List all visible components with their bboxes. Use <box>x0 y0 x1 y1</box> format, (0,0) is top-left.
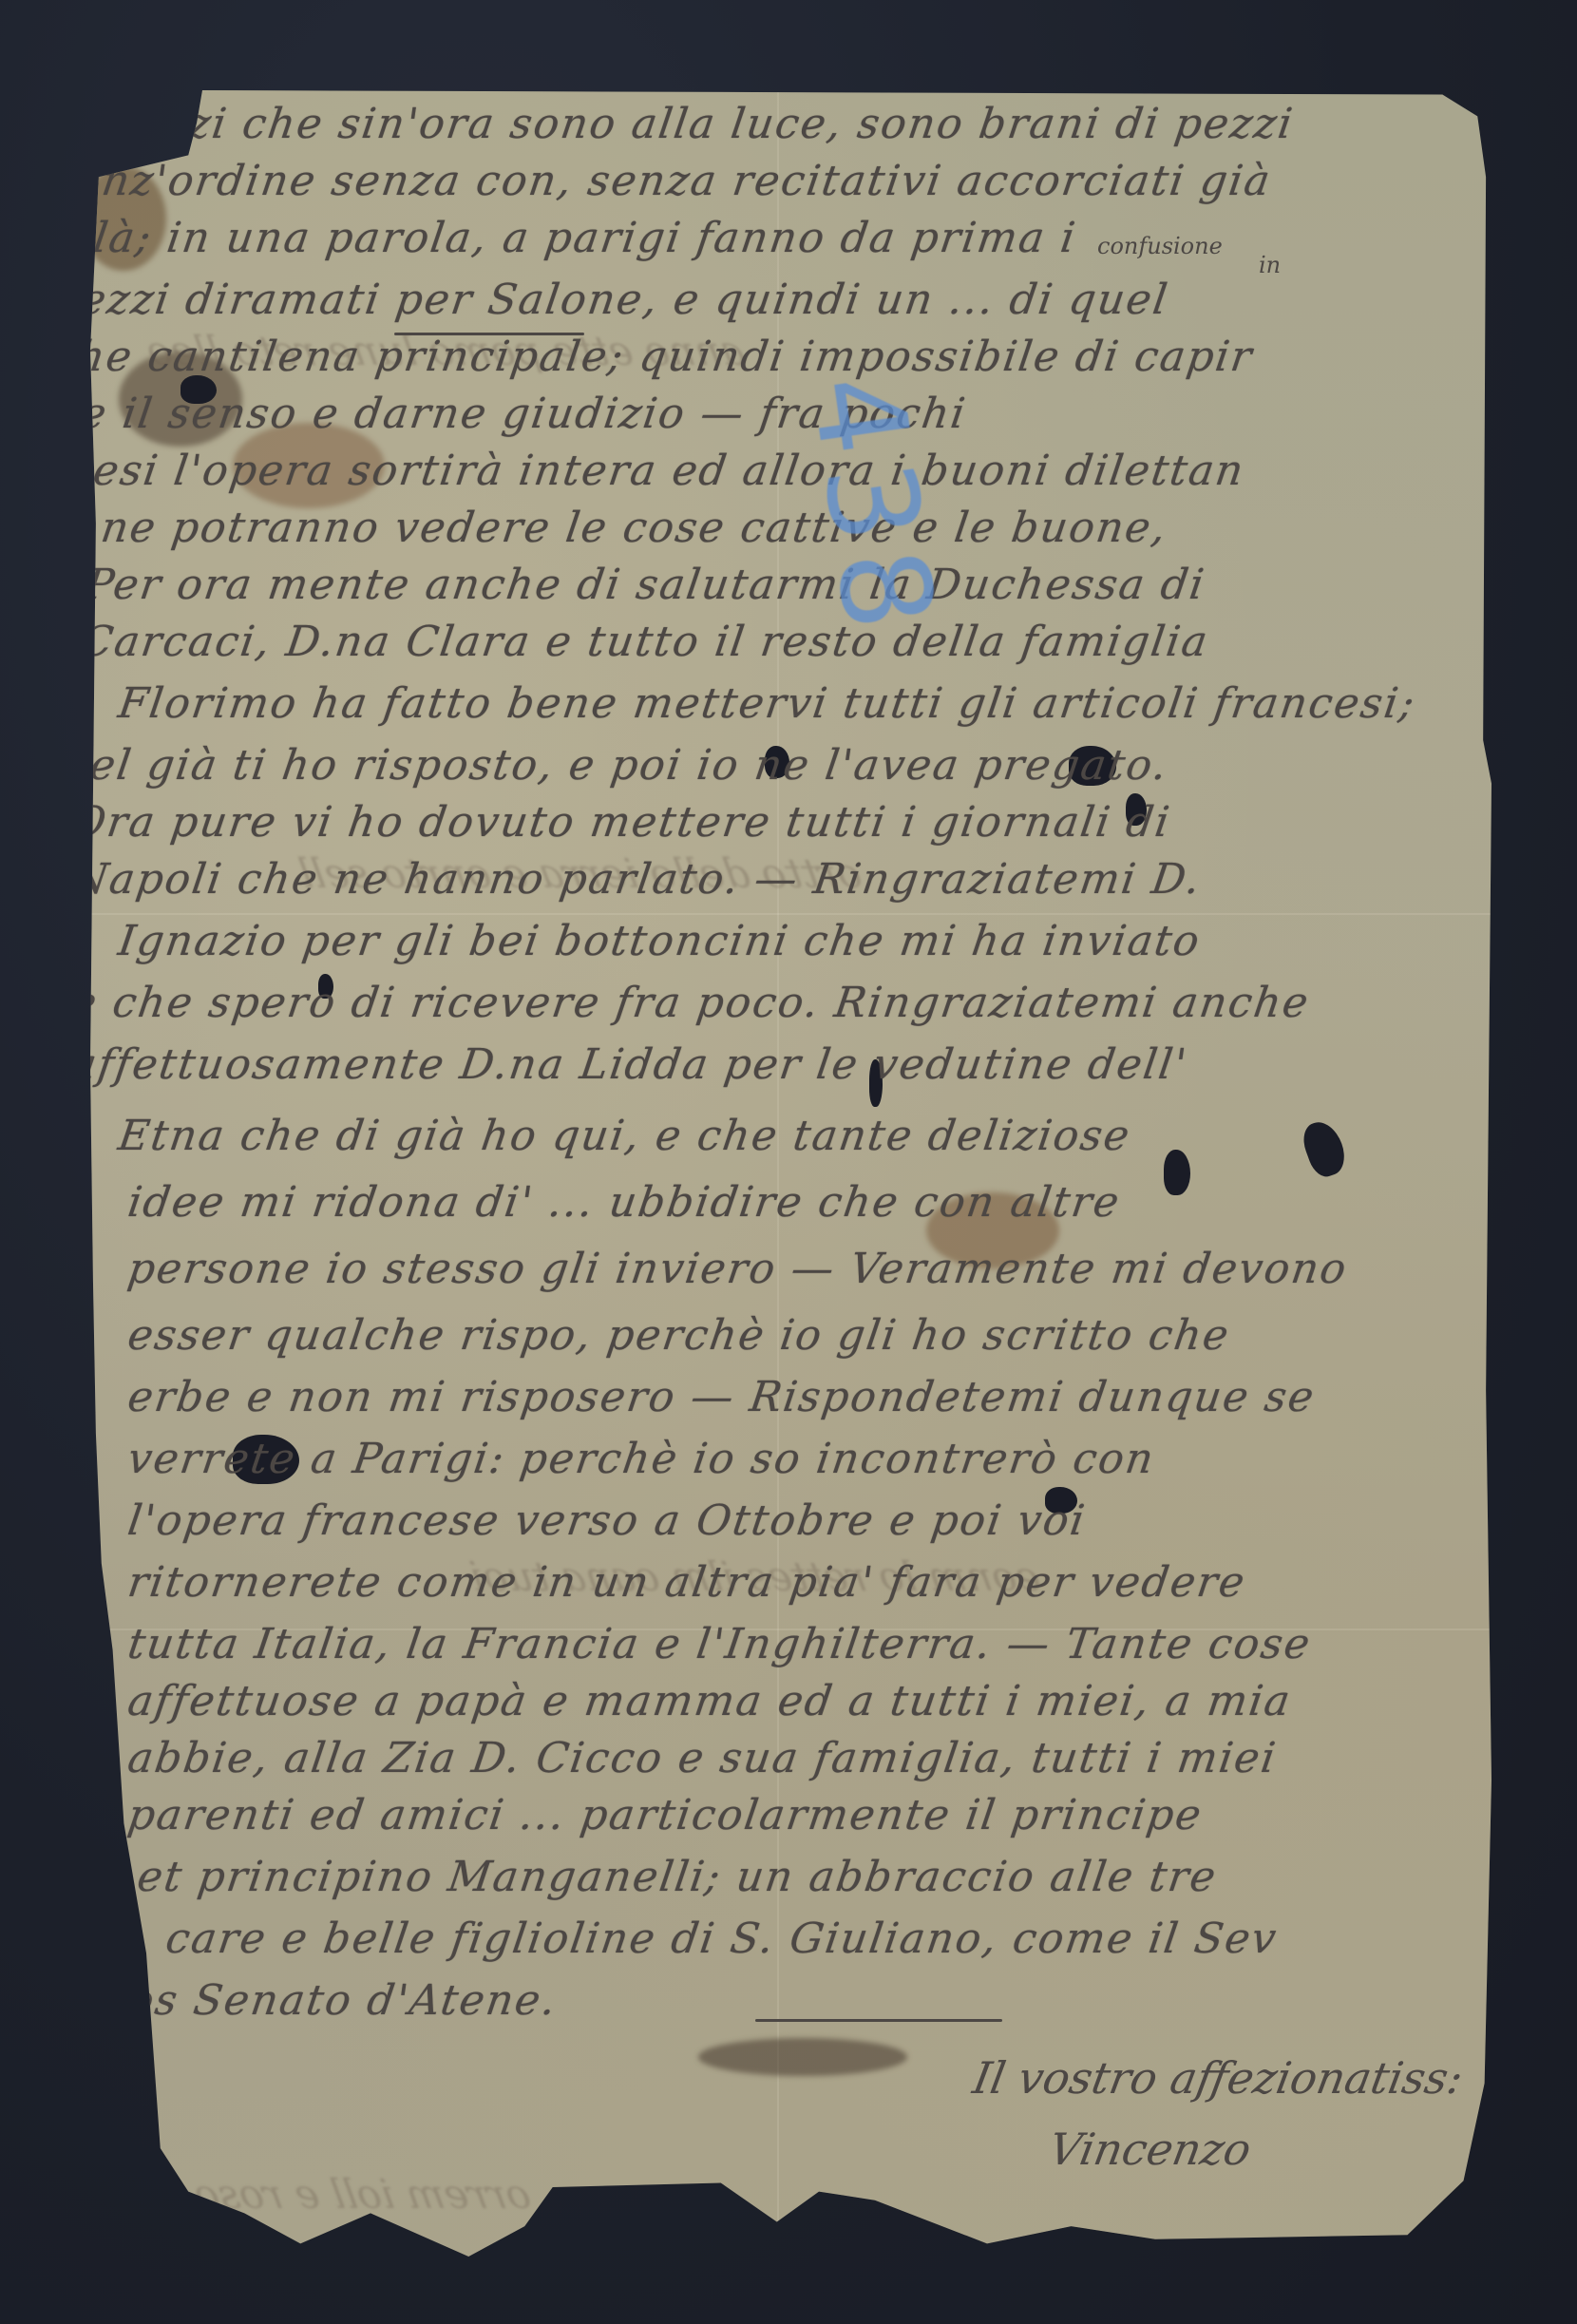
text-line: Ora pure vi ho dovuto mettere tutti i gi… <box>67 798 1173 847</box>
text-line: pezzi che sin'ora sono alla luce, sono b… <box>105 100 1297 148</box>
text-line: verrete a Parigi: perchè io so incontrer… <box>124 1435 1158 1483</box>
text-line: idee mi ridona di' ... ubbidire che con … <box>124 1178 1123 1227</box>
closing-formula: Il vostro affezionatiss: <box>969 2052 1467 2104</box>
text-line: pezzi diramati per Salone, e quindi un .… <box>48 276 1171 324</box>
text-line: mesi l'opera sortirà intera ed allora i … <box>48 447 1247 495</box>
text-line: os Senato d'Atene. <box>124 1976 560 2025</box>
text-line: Ignazio per gli bei bottoncini che mi ha… <box>115 917 1204 965</box>
text-line: erbe e non mi risposero — Rispondetemi d… <box>124 1373 1318 1421</box>
text-line: che cantilena principale; quindi impossi… <box>48 333 1256 381</box>
closing-rule <box>755 2019 1002 2022</box>
text-line: senz'ordine senza con, senza recitativi … <box>48 157 1274 205</box>
text-line: Napoli che ne hanno parlato. — Ringrazia… <box>67 855 1205 904</box>
interlinear-insertion: in <box>1259 252 1281 278</box>
text-line: e là; in una parola, a parigi fanno da p… <box>48 214 1079 262</box>
text-line: del già ti ho risposto, e poi io ne l'av… <box>58 741 1171 790</box>
text-line: abbie, alla Zia D. Cicco e sua famiglia,… <box>124 1734 1280 1782</box>
text-line: care e belle figlioline di S. Giuliano, … <box>162 1914 1281 1963</box>
letter-sheet: anno ette pomo lune reto lleo ortto dell… <box>90 90 1491 2257</box>
text-line: esser qualche rispo, perchè io gli ho sc… <box>124 1311 1233 1360</box>
text-line: e che spero di ricevere fra poco. Ringra… <box>67 979 1313 1027</box>
text-line: parenti ed amici ... particolarmente il … <box>124 1791 1206 1839</box>
text-line: persone io stesso gli inviero — Verament… <box>124 1245 1351 1293</box>
text-line: Carcaci, D.na Clara e tutto il resto del… <box>77 618 1211 666</box>
text-line: Etna che di già ho qui, e che tante deli… <box>115 1112 1133 1160</box>
signature: Vincenzo <box>1045 2124 1255 2175</box>
text-line: Per ora mente anche di salutarmi la Duch… <box>82 561 1208 609</box>
text-line: l'opera francese verso a Ottobre e poi v… <box>124 1496 1089 1545</box>
text-line: et principino Manganelli; un abbraccio a… <box>134 1853 1220 1901</box>
text-line: tutta Italia, la Francia e l'Inghilterra… <box>124 1620 1314 1668</box>
text-line: ti ne potranno vedere le cose cattive e … <box>48 504 1170 552</box>
text-line: ritornerete come in un altra pia' fara p… <box>124 1558 1249 1607</box>
text-line: Florimo ha fatto bene mettervi tutti gli… <box>115 679 1418 728</box>
interlinear-insertion: confusione <box>1097 233 1223 259</box>
text-line: affettuose a papà e mamma ed a tutti i m… <box>124 1677 1294 1725</box>
text-line: affettuosamente D.na Lidda per le veduti… <box>67 1040 1190 1089</box>
